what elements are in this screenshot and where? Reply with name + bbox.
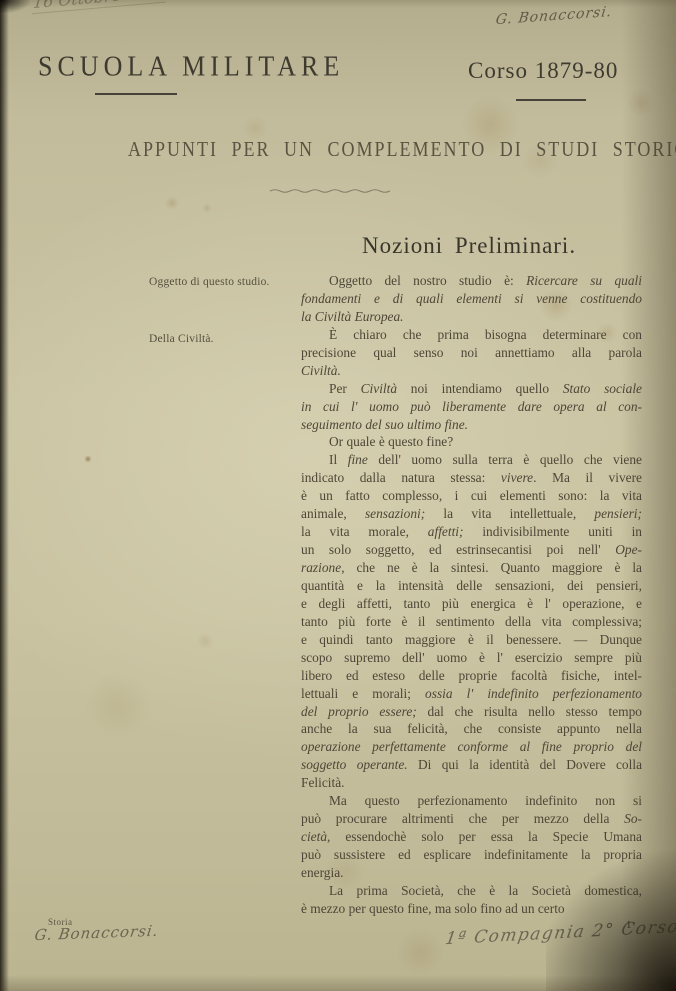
- text-line: Felicità.: [301, 774, 642, 792]
- text-line: precisione qual senso noi annettiamo all…: [301, 344, 642, 362]
- text-line: tanto più forte è il sentimento della vi…: [301, 613, 642, 631]
- scan-edge-top: [0, 0, 676, 8]
- text-line: libero ed esteso delle proprie facoltà f…: [301, 667, 642, 685]
- course-label: Corso 1879-80: [468, 58, 618, 84]
- text-line: in cui l' uomo può liberamente dare oper…: [301, 398, 642, 416]
- text-line: fondamenti e di quali elementi si venne …: [301, 290, 642, 308]
- paragraph: Per Civiltà noi intendiamo quello Stato …: [301, 380, 642, 434]
- text-line: soggetto operante. Di qui la identità de…: [301, 756, 642, 774]
- text-line: quantità e la intensità delle sensazioni…: [301, 577, 642, 595]
- school-name: SCUOLA MILITARE: [38, 50, 344, 83]
- scan-edge-left: [0, 0, 9, 991]
- body-text: Oggetto del nostro studio è: Ricercare s…: [301, 272, 642, 918]
- document-title: APPUNTI PER UN COMPLEMENTO DI STUDI STOR…: [128, 137, 612, 162]
- paragraph: È chiaro che prima bisogna determinare c…: [301, 326, 642, 380]
- paragraph: Oggetto del nostro studio è: Ricercare s…: [301, 272, 642, 326]
- text-line: un solo soggetto, ed estrinsecantisi poi…: [301, 541, 642, 559]
- text-line: Oggetto del nostro studio è: Ricercare s…: [301, 272, 642, 290]
- school-name-rule: [95, 93, 177, 95]
- text-line: scopo supremo dell' uomo è l' esercizio …: [301, 649, 642, 667]
- text-line: È chiaro che prima bisogna determinare c…: [301, 326, 642, 344]
- text-line: lettuali e morali; ossia l' indefinito p…: [301, 685, 642, 703]
- text-line: operazione perfettamente conforme al fin…: [301, 738, 642, 756]
- scan-corner-bottom-right: [546, 841, 676, 991]
- text-line: Ma questo perfezionamento indefinito non…: [301, 792, 642, 810]
- margin-note-civilta: Della Civiltà.: [149, 333, 299, 346]
- text-line: Il fine dell' uomo sulla terra è quello …: [301, 451, 642, 469]
- text-line: e quindi tanto maggiore è il benessere. …: [301, 631, 642, 649]
- text-line: la Civiltà Europea.: [301, 308, 642, 326]
- text-line: la vita morale, affetti; indivisibilment…: [301, 523, 642, 541]
- text-line: Civiltà.: [301, 362, 642, 380]
- title-underline: [268, 181, 392, 199]
- section-heading: Nozioni Preliminari.: [362, 233, 576, 259]
- text-line: razione, che ne è la sintesi. Quanto mag…: [301, 559, 642, 577]
- text-line: può procurare altrimenti che per mezzo d…: [301, 810, 642, 828]
- text-line: è un fatto complesso, i cui elementi son…: [301, 487, 642, 505]
- text-line: del proprio essere; dal che risulta nell…: [301, 703, 642, 721]
- scan-corner-top-left: [0, 0, 30, 13]
- text-line: Or quale è questo fine?: [301, 433, 642, 451]
- paragraph: Il fine dell' uomo sulla terra è quello …: [301, 451, 642, 792]
- text-line: e degli affetti, tanto più energica è l'…: [301, 595, 642, 613]
- course-label-rule: [516, 99, 586, 101]
- text-line: indicato dalla natura stessa: vivere. Ma…: [301, 469, 642, 487]
- text-line: Per Civiltà noi intendiamo quello Stato …: [301, 380, 642, 398]
- text-line: animale, sensazioni; la vita intellettua…: [301, 505, 642, 523]
- text-line: seguimento del suo ultimo fine.: [301, 416, 642, 434]
- paragraph: Or quale è questo fine?: [301, 433, 642, 451]
- margin-note-oggetto: Oggetto di questo studio.: [149, 276, 299, 289]
- text-line: anche la sua felicità, che consiste appu…: [301, 720, 642, 738]
